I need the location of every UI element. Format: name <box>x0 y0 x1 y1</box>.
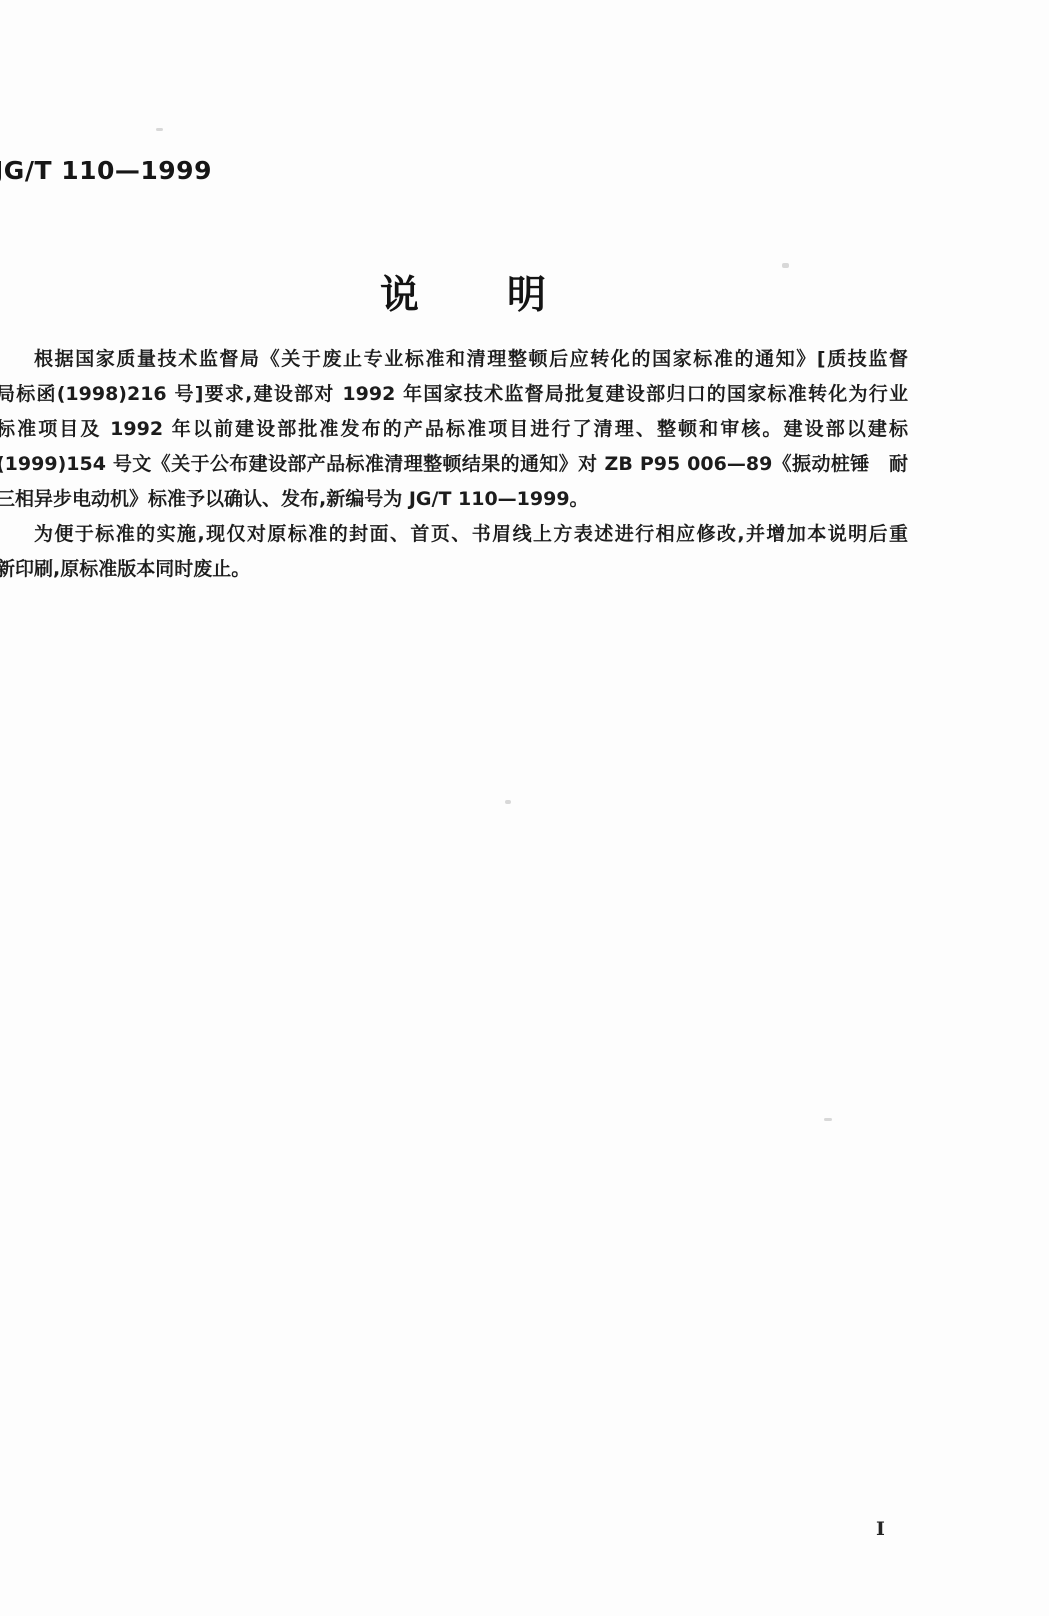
document-page: JG/T 110—1999 说 明 根据国家质量技术监督局《关于废止专业标准和清… <box>0 0 1049 1616</box>
doc-title: 说 明 <box>380 276 546 315</box>
text-line: 标准项目及 1992 年以前建设部批准发布的产品标准项目进行了清理、整顿和审核。… <box>0 412 908 447</box>
doc-title-char-2: 明 <box>507 276 546 315</box>
scan-speck <box>824 1118 832 1121</box>
text-line: 局标函(1998)216 号]要求,建设部对 1992 年国家技术监督局批复建设… <box>0 377 908 412</box>
page-number: I <box>876 1518 885 1540</box>
text-line: 根据国家质量技术监督局《关于废止专业标准和清理整顿后应转化的国家标准的通知》[质… <box>0 342 908 377</box>
scan-speck <box>782 263 789 268</box>
scan-speck <box>505 800 511 804</box>
scan-speck <box>156 128 163 131</box>
text-line: 新印刷,原标准版本同时废止。 <box>0 552 908 587</box>
body-text: 根据国家质量技术监督局《关于废止专业标准和清理整顿后应转化的国家标准的通知》[质… <box>0 342 908 587</box>
doc-title-char-1: 说 <box>380 276 419 315</box>
text-line: (1999)154 号文《关于公布建设部产品标准清理整顿结果的通知》对 ZB P… <box>0 447 908 482</box>
text-line: 为便于标准的实施,现仅对原标准的封面、首页、书眉线上方表述进行相应修改,并增加本… <box>0 517 908 552</box>
text-line: 三相异步电动机》标准予以确认、发布,新编号为 JG/T 110—1999。 <box>0 482 908 517</box>
standard-number: JG/T 110—1999 <box>0 156 212 185</box>
